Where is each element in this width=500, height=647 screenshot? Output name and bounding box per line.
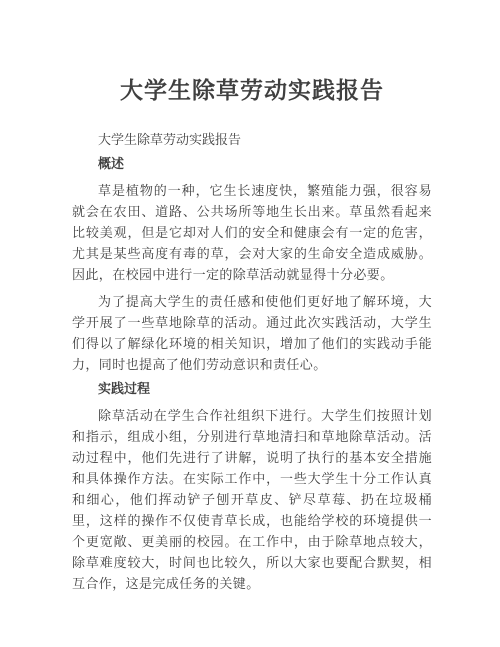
document-title: 大学生除草劳动实践报告 — [72, 76, 432, 106]
document-page: 大学生除草劳动实践报告 大学生除草劳动实践报告 概述 草是植物的一种，它生长速度… — [0, 0, 500, 647]
paragraph-overview-2: 为了提高大学生的责任感和使他们更好地了解环境，大学开展了一些草地除草的活动。通过… — [72, 291, 432, 375]
section-heading-practice-process: 实践过程 — [72, 378, 432, 399]
paragraph-process-1: 除草活动在学生合作社组织下进行。大学生们按照计划和指示，组成小组，分别进行草地清… — [72, 405, 432, 594]
paragraph-overview-1: 草是植物的一种，它生长速度快，繁殖能力强，很容易就会在农田、道路、公共场所等地生… — [72, 180, 432, 285]
document-subtitle: 大学生除草劳动实践报告 — [72, 129, 432, 150]
section-heading-overview: 概述 — [72, 153, 432, 174]
